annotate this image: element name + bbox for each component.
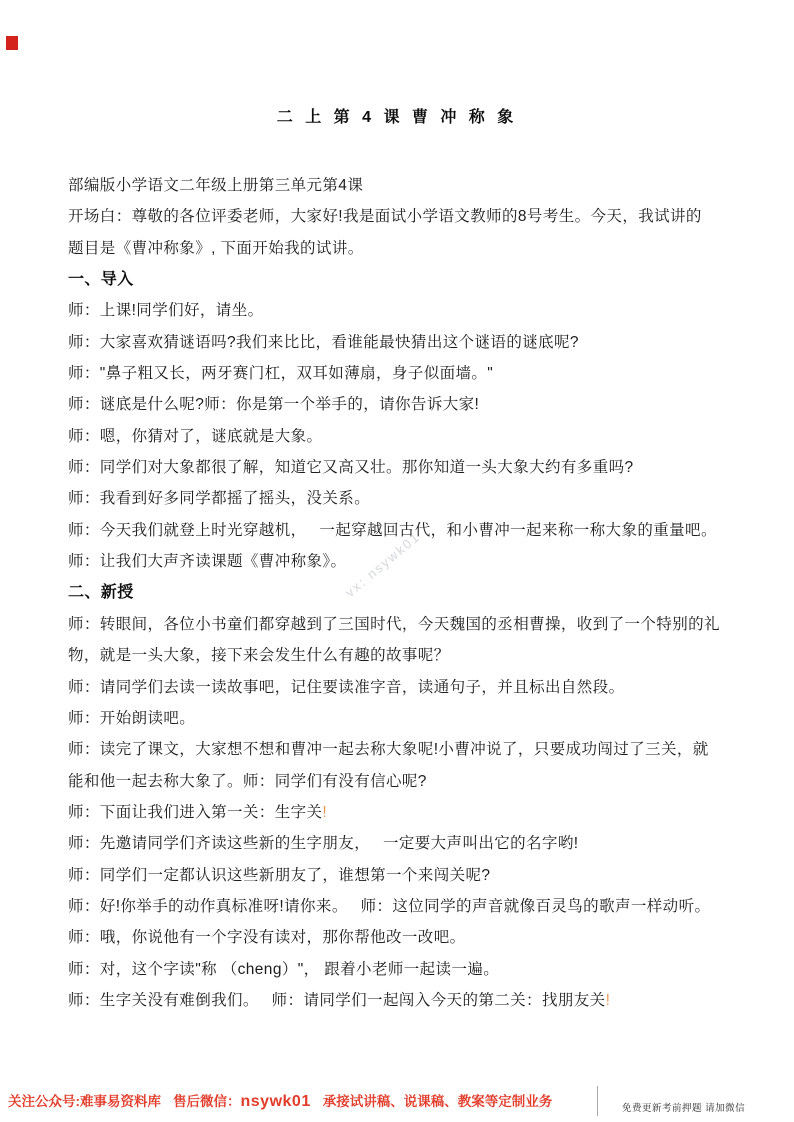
line-text: 师：转眼间，各位小书童们都穿越到了三国时代，今天魏国的丞相曹操，收到了一个特别的… [68, 616, 720, 633]
line-text: 师：哦，你说他有一个字没有读对，那你帮他改一改吧。 [68, 929, 466, 946]
line-text: 师："鼻子粗又长，两牙赛门杠，双耳如薄扇，身子似面墙。" [68, 365, 493, 382]
text-line: 师：同学们对大象都很了解，知道它又高又壮。那你知道一头大象大约有多重吗? [68, 452, 748, 483]
footer-wechat-label: 售后微信： [173, 1094, 241, 1109]
line-text: 师：今天我们就登上时光穿越机， 一起穿越回古代，和小曹冲一起来称一称大象的重量吧… [68, 522, 717, 539]
line-text: 师：对，这个字读"称 （cheng）"， 跟着小老师一起读一遍。 [68, 961, 499, 978]
line-text: 师：嗯，你猜对了，谜底就是大象。 [68, 428, 322, 445]
text-line: 能和他一起去称大象了。师：同学们有没有信心呢? [68, 766, 748, 797]
text-line: 师：我看到好多同学都摇了摇头，没关系。 [68, 483, 748, 514]
line-text: 二、新授 [68, 584, 134, 601]
text-line: 师：好!你举手的动作真标准呀!请你来。 师：这位同学的声音就像百灵鸟的歌声一样动… [68, 891, 748, 922]
text-line: 部编版小学语文二年级上册第三单元第4课 [68, 170, 748, 201]
footer-wechat-id: nsywk01 [241, 1093, 311, 1110]
text-line: 开场白：尊敬的各位评委老师，大家好!我是面试小学语文教师的8号考生。今天，我试讲… [68, 201, 748, 232]
line-text: 一、导入 [68, 271, 134, 288]
line-text: 师：我看到好多同学都摇了摇头，没关系。 [68, 490, 370, 507]
page: { "page_title": "二 上 第 4 课 曹 冲 称 象", "co… [0, 0, 794, 1122]
text-line: 师：生字关没有难倒我们。 师：请同学们一起闯入今天的第二关：找朋友关! [68, 985, 748, 1016]
line-text: 师：下面让我们进入第一关：生字关 [68, 804, 322, 821]
line-text: 师：谜底是什么呢?师：你是第一个举手的，请你告诉大家! [68, 396, 479, 413]
text-line: 师：转眼间，各位小书童们都穿越到了三国时代，今天魏国的丞相曹操，收到了一个特别的… [68, 609, 748, 640]
text-line: 师：先邀请同学们齐读这些新的生字朋友， 一定要大声叫出它的名字哟! [68, 828, 748, 859]
text-line: 师：开始朗读吧。 [68, 703, 748, 734]
line-text: 师：生字关没有难倒我们。 师：请同学们一起闯入今天的第二关：找朋友关 [68, 992, 606, 1009]
footer-note: 免费更新考前押题 请加微信 [622, 1100, 745, 1114]
footer-services-text: 承接试讲稿、说课稿、教案等定制业务 [323, 1094, 553, 1109]
line-text: 师：读完了课文，大家想不想和曹冲一起去称大象呢!小曹冲说了，只要成功闯过了三关，… [68, 741, 709, 758]
text-line: 题目是《曹冲称象》, 下面开始我的试讲。 [68, 233, 748, 264]
line-text: 师：请同学们去读一读故事吧，记住要读准字音，读通句子，并且标出自然段。 [68, 679, 625, 696]
footer-divider [597, 1086, 598, 1116]
text-line: 师：对，这个字读"称 （cheng）"， 跟着小老师一起读一遍。 [68, 954, 748, 985]
highlighted-exclamation: ! [322, 804, 327, 821]
section-heading: 二、新授 [68, 577, 748, 608]
document-title: 二 上 第 4 课 曹 冲 称 象 [0, 104, 794, 127]
line-text: 师：开始朗读吧。 [68, 710, 195, 727]
section-heading: 一、导入 [68, 264, 748, 295]
line-text: 师：先邀请同学们齐读这些新的生字朋友， 一定要大声叫出它的名字哟! [68, 835, 578, 852]
text-line: 师："鼻子粗又长，两牙赛门杠，双耳如薄扇，身子似面墙。" [68, 358, 748, 389]
text-line: 师：读完了课文，大家想不想和曹冲一起去称大象呢!小曹冲说了，只要成功闯过了三关，… [68, 734, 748, 765]
line-text: 师：好!你举手的动作真标准呀!请你来。 师：这位同学的声音就像百灵鸟的歌声一样动… [68, 898, 710, 915]
text-line: 师：哦，你说他有一个字没有读对，那你帮他改一改吧。 [68, 922, 748, 953]
line-text: 部编版小学语文二年级上册第三单元第4课 [68, 177, 363, 194]
line-text: 师：上课!同学们好，请坐。 [68, 302, 264, 319]
line-text: 师：大家喜欢猜谜语吗?我们来比比，看谁能最快猜出这个谜语的谜底呢? [68, 334, 579, 351]
text-line: 师：谜底是什么呢?师：你是第一个举手的，请你告诉大家! [68, 389, 748, 420]
highlighted-exclamation: ! [606, 992, 611, 1009]
line-text: 开场白：尊敬的各位评委老师，大家好!我是面试小学语文教师的8号考生。今天，我试讲… [68, 208, 702, 225]
line-text: 师：同学们一定都认识这些新朋友了，谁想第一个来闯关呢? [68, 867, 490, 884]
text-line: 师：请同学们去读一读故事吧，记住要读准字音，读通句子，并且标出自然段。 [68, 672, 748, 703]
text-line: 师：大家喜欢猜谜语吗?我们来比比，看谁能最快猜出这个谜语的谜底呢? [68, 327, 748, 358]
text-line: 师：上课!同学们好，请坐。 [68, 295, 748, 326]
footer-promo: 关注公众号:难事易资料库售后微信：nsywk01承接试讲稿、说课稿、教案等定制业… [8, 1090, 552, 1111]
footer-account-text: 关注公众号:难事易资料库 [8, 1094, 161, 1109]
text-line: 师：下面让我们进入第一关：生字关! [68, 797, 748, 828]
text-line: 物，就是一头大象，接下来会发生什么有趣的故事呢？ [68, 640, 748, 671]
line-text: 能和他一起去称大象了。师：同学们有没有信心呢? [68, 773, 427, 790]
text-line: 师：嗯，你猜对了，谜底就是大象。 [68, 421, 748, 452]
line-text: 题目是《曹冲称象》, 下面开始我的试讲。 [68, 240, 364, 257]
document-body: 部编版小学语文二年级上册第三单元第4课开场白：尊敬的各位评委老师，大家好!我是面… [68, 170, 748, 1016]
line-text: 师：让我们大声齐读课题《曹冲称象》。 [68, 553, 346, 570]
line-text: 师：同学们对大象都很了解，知道它又高又壮。那你知道一头大象大约有多重吗? [68, 459, 634, 476]
line-text: 物，就是一头大象，接下来会发生什么有趣的故事呢？ [68, 647, 450, 664]
text-line: 师：同学们一定都认识这些新朋友了，谁想第一个来闯关呢? [68, 860, 748, 891]
red-corner-marker [6, 36, 18, 50]
